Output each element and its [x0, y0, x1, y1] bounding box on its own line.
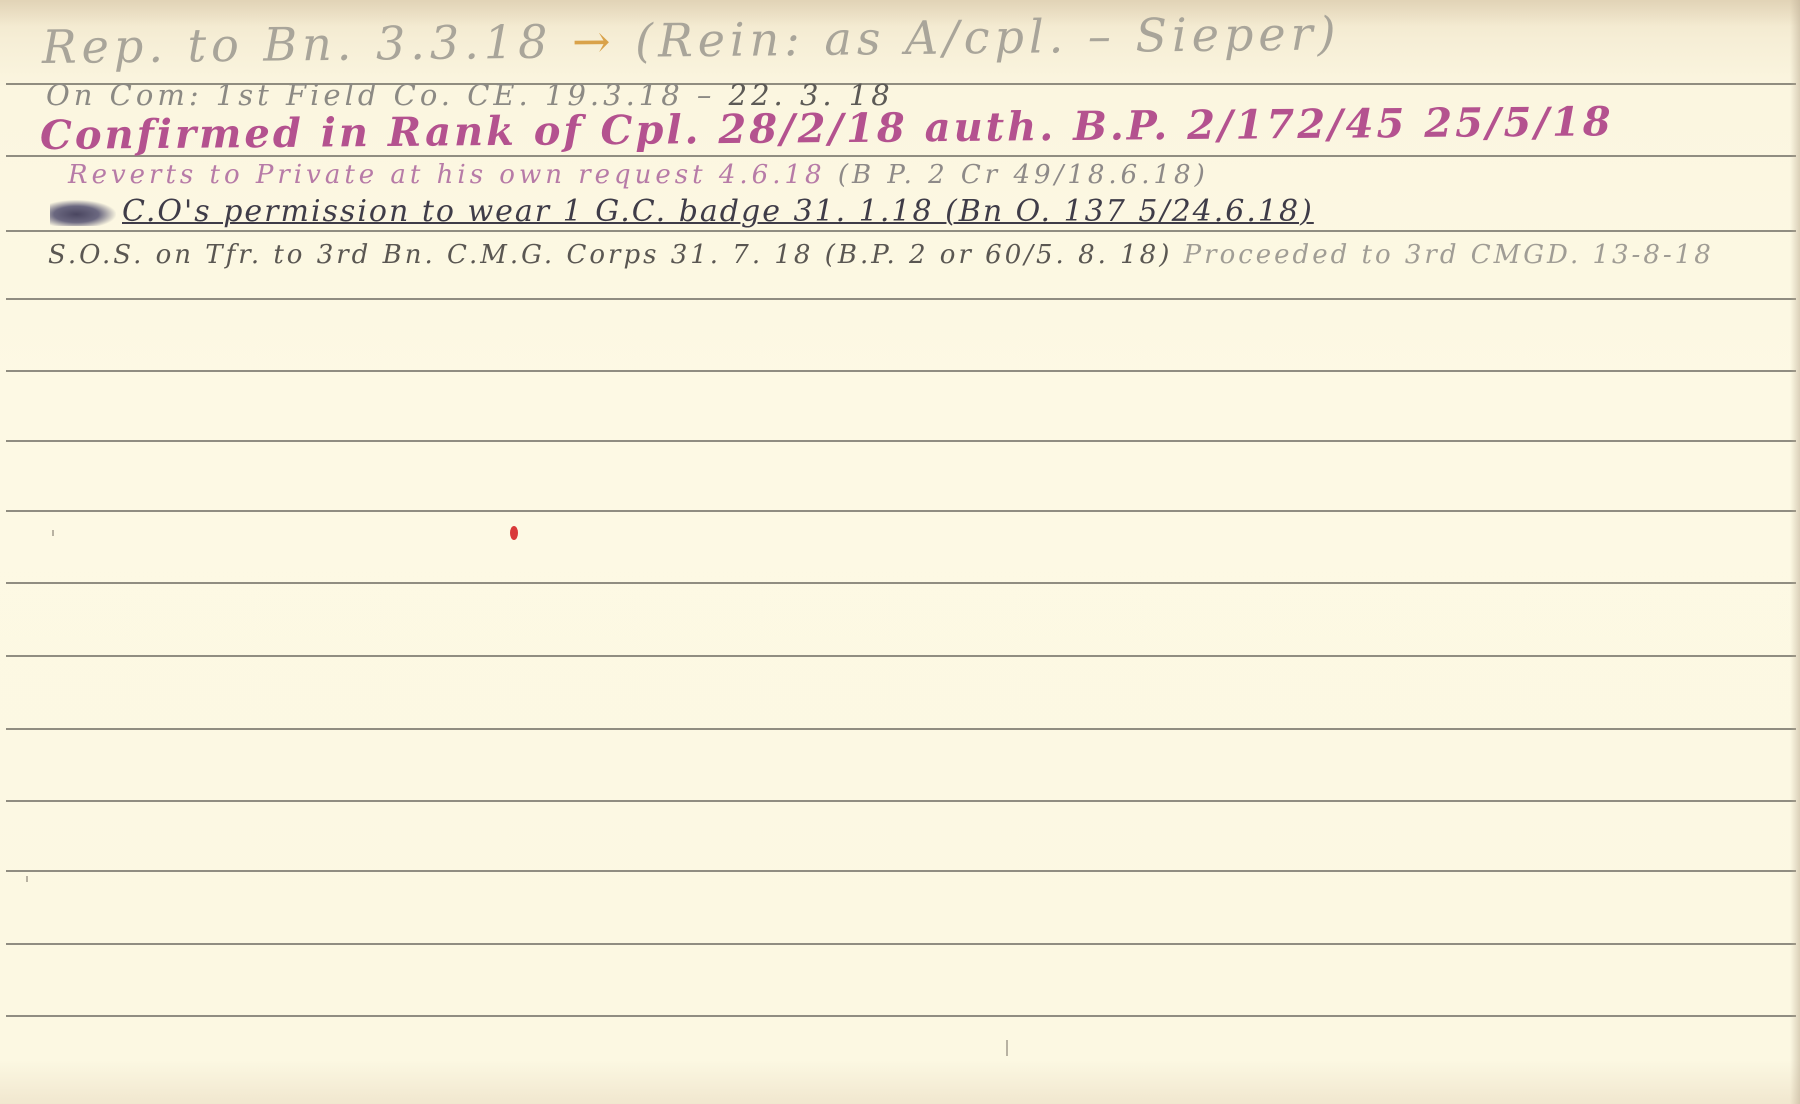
ruled-line — [6, 440, 1796, 442]
entry-reported-to-battalion: Rep. to Bn. 3.3.18 → (Rein: as A/cpl. – … — [42, 6, 1341, 74]
entry-text-reinstated: (Rein: as A/cpl. – Sieper) — [635, 6, 1341, 67]
ruled-line — [6, 510, 1796, 512]
ruled-line — [6, 582, 1796, 584]
red-ink-dot — [510, 526, 518, 540]
entry-gc-badge-permission: C.O's permission to wear 1 G.C. badge 31… — [50, 194, 1314, 229]
ruled-line — [6, 800, 1796, 802]
record-card: Rep. to Bn. 3.3.18 → (Rein: as A/cpl. – … — [0, 0, 1800, 1104]
entry-text: S.O.S. on Tfr. to 3rd Bn. C.M.G. Corps 3… — [48, 240, 1172, 270]
paper-mark — [52, 530, 54, 536]
entry-text: C.O's permission to wear 1 G.C. badge 31… — [122, 194, 1314, 229]
entry-transfer-machine-gun-corps: S.O.S. on Tfr. to 3rd Bn. C.M.G. Corps 3… — [48, 240, 1714, 270]
ruled-line — [6, 943, 1796, 945]
ruled-line — [6, 370, 1796, 372]
entry-text: Rep. to Bn. 3.3.18 — [42, 15, 553, 74]
entry-text-proceeded: Proceeded to 3rd CMGD. 13-8-18 — [1184, 240, 1714, 270]
entry-reverts-to-private: Reverts to Private at his own request 4.… — [68, 160, 1209, 190]
paper-mark — [26, 876, 28, 882]
ruled-line — [6, 298, 1796, 300]
entry-text-authority: (B P. 2 Cr 49/18.6.18) — [838, 160, 1209, 190]
ruled-line — [6, 870, 1796, 872]
ruled-line — [6, 1015, 1796, 1017]
orange-arrow-mark-icon: → — [572, 14, 616, 68]
ruled-line — [6, 230, 1796, 232]
paper-mark — [1006, 1040, 1008, 1056]
ink-scribble-icon — [50, 200, 116, 226]
entry-text: Reverts to Private at his own request 4.… — [68, 160, 826, 190]
ruled-line — [6, 655, 1796, 657]
ruled-line — [6, 728, 1796, 730]
